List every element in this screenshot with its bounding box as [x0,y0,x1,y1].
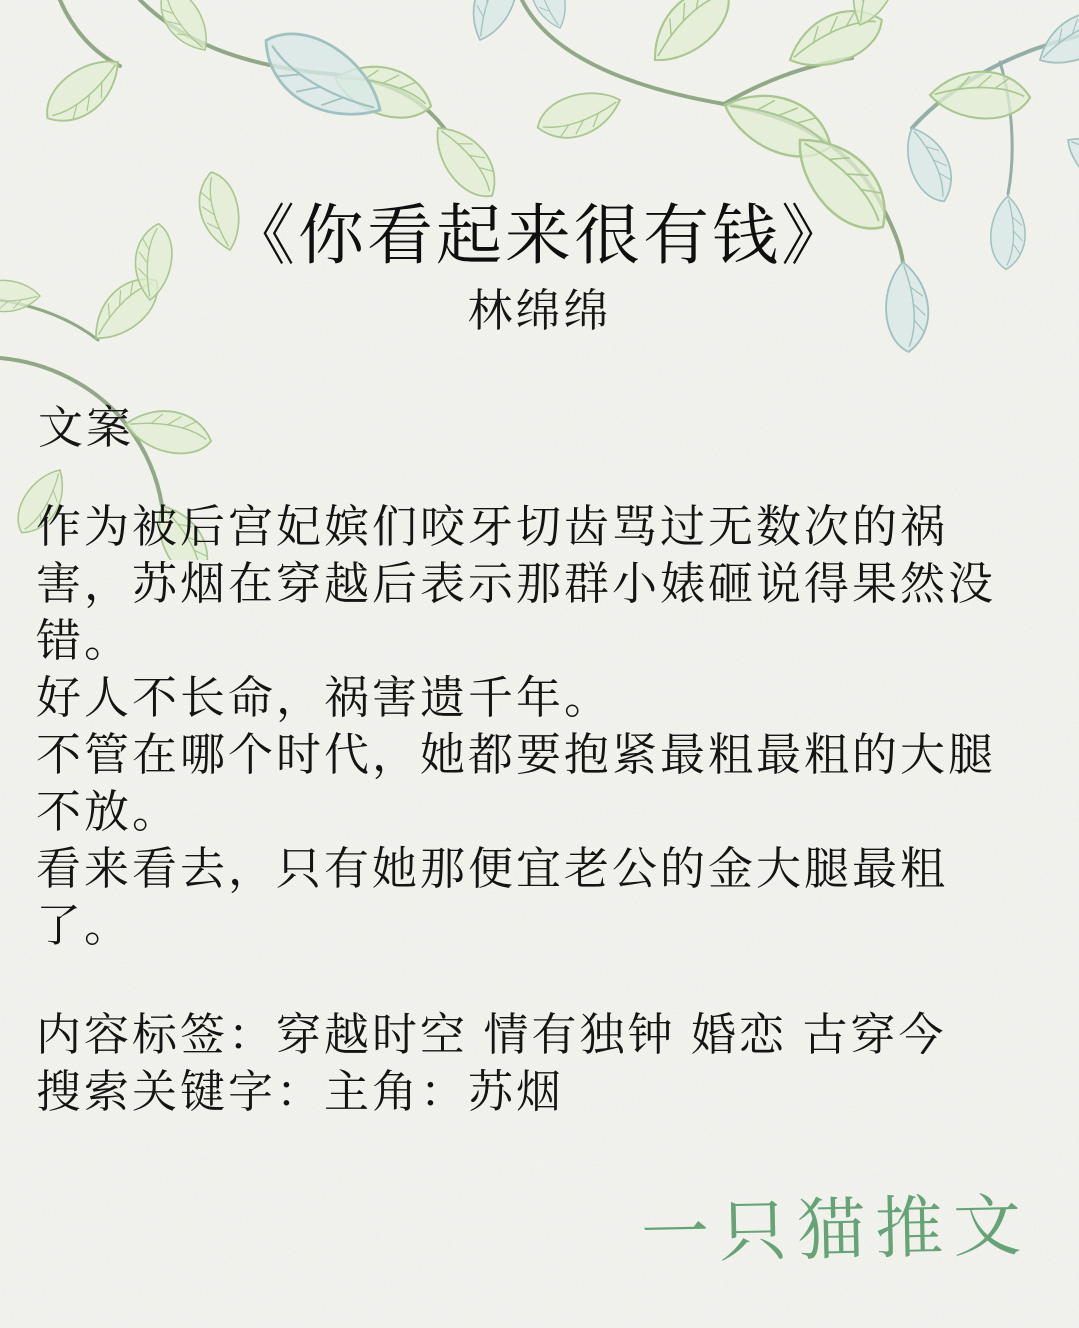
synopsis-paragraph: 作为被后宫妃嫔们咬牙切齿骂过无数次的祸 害，苏烟在穿越后表示那群小婊砸说得果然没… [36,498,1050,669]
synopsis-paragraph: 看来看去，只有她那便宜老公的金大腿最粗 了。 [36,840,1050,954]
channel-watermark: 一只猫推文 [640,1172,1032,1277]
synopsis-label: 文案 [38,391,134,456]
search-keywords-line: 搜索关键字：主角：苏烟 [36,1063,1050,1120]
synopsis-paragraph: 好人不长命，祸害遗千年。 [36,669,1050,726]
meta-block: 内容标签：穿越时空 情有独钟 婚恋 古穿今 搜索关键字：主角：苏烟 [36,1006,1050,1120]
synopsis-paragraph: 不管在哪个时代，她都要抱紧最粗最粗的大腿 不放。 [36,726,1050,840]
promo-card: 《你看起来很有钱》 林绵绵 文案 作为被后宫妃嫔们咬牙切齿骂过无数次的祸 害，苏… [0,0,1079,1328]
synopsis-text: 作为被后宫妃嫔们咬牙切齿骂过无数次的祸 害，苏烟在穿越后表示那群小婊砸说得果然没… [36,498,1050,954]
book-author: 林绵绵 [0,274,1079,339]
content-tags-line: 内容标签：穿越时空 情有独钟 婚恋 古穿今 [36,1006,1050,1063]
content-area: 《你看起来很有钱》 林绵绵 文案 作为被后宫妃嫔们咬牙切齿骂过无数次的祸 害，苏… [0,0,1079,1328]
book-title: 《你看起来很有钱》 [0,182,1079,277]
